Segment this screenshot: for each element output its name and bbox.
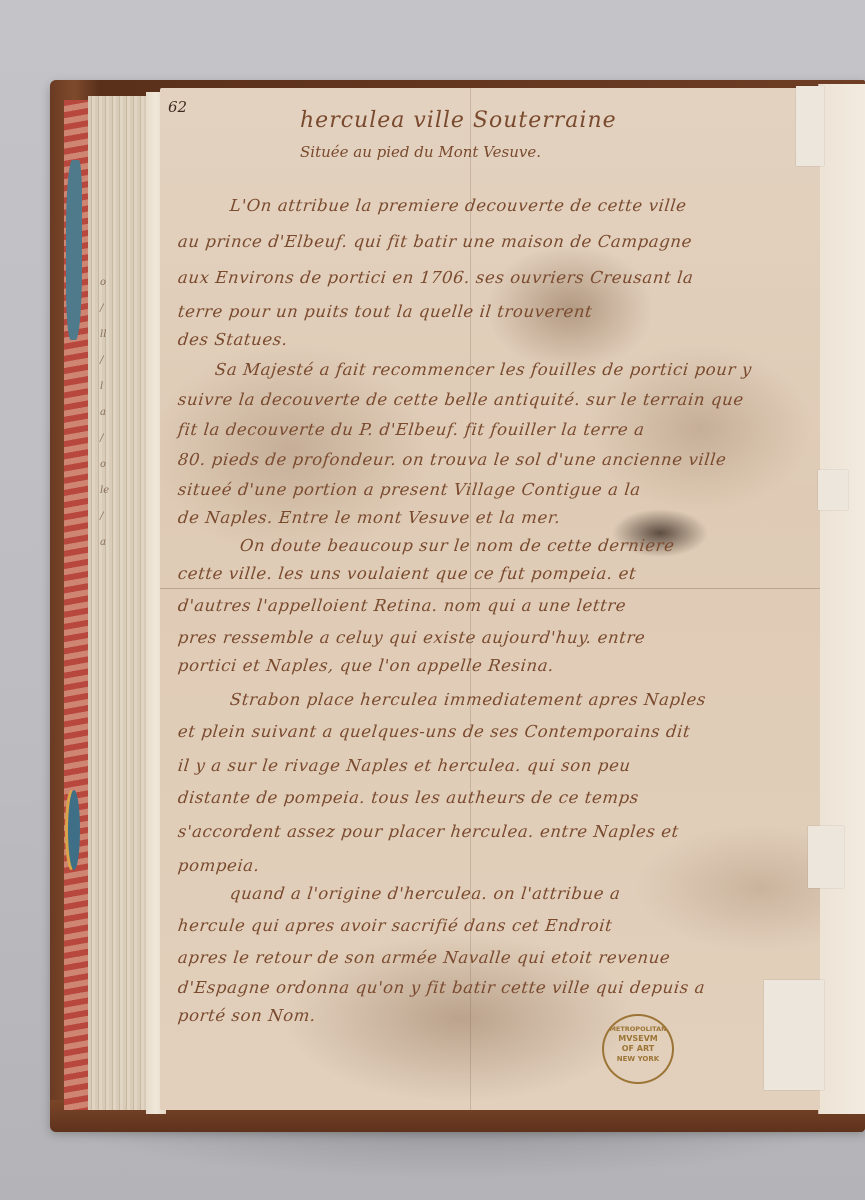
manuscript-line: fit la decouverte du P. d'Elbeuf. fit fo… bbox=[177, 420, 829, 439]
manuscript-line: et plein suivant a quelques-uns de ses C… bbox=[177, 722, 829, 741]
manuscript-subtitle: Située au pied du Mont Vesuve. bbox=[300, 143, 541, 161]
manuscript-line: d'autres l'appelloient Retina. nom qui a… bbox=[177, 596, 829, 615]
manuscript-line: il y a sur le rivage Naples et herculea.… bbox=[177, 756, 829, 775]
manuscript-line: au prince d'Elbeuf. qui fit batir une ma… bbox=[177, 232, 829, 251]
manuscript-line: Sa Majesté a fait recommencer les fouill… bbox=[214, 360, 865, 379]
manuscript-line: situeé d'une portion a present Village C… bbox=[177, 480, 829, 499]
manuscript-line: apres le retour de son armée Navalle qui… bbox=[177, 948, 829, 967]
manuscript-line: hercule qui apres avoir sacrifié dans ce… bbox=[177, 916, 829, 935]
manuscript-line: suivre la decouverte de cette belle anti… bbox=[177, 390, 829, 409]
manuscript-line: 80. pieds de profondeur. on trouva le so… bbox=[177, 450, 829, 469]
manuscript-line: portici et Naples, que l'on appelle Resi… bbox=[177, 656, 829, 675]
manuscript-line: d'Espagne ordonna qu'on y fit batir cett… bbox=[177, 978, 829, 997]
marbled-blue-swirl bbox=[66, 160, 82, 340]
manuscript-line: aux Environs de portici en 1706. ses ouv… bbox=[177, 268, 829, 287]
manuscript-line: distante de pompeia. tous les autheurs d… bbox=[177, 788, 829, 807]
marbled-endpaper bbox=[64, 100, 88, 1110]
page-number: 62 bbox=[168, 98, 187, 116]
manuscript-line: L'On attribue la premiere decouverte de … bbox=[229, 196, 865, 215]
fore-edge-marks: o / ll / l a / o le / a bbox=[100, 270, 120, 1070]
museum-stamp: METROPOLITAN MVSEVM OF ART NEW YORK bbox=[602, 1014, 674, 1084]
manuscript-line: pres ressemble a celuy qui existe aujour… bbox=[177, 628, 829, 647]
manuscript-line: On doute beaucoup sur le nom de cette de… bbox=[239, 536, 865, 555]
manuscript-line: pompeia. bbox=[177, 856, 829, 875]
manuscript-line: cette ville. les uns voulaient que ce fu… bbox=[177, 564, 829, 583]
manuscript-title: herculea ville Souterraine bbox=[300, 108, 617, 133]
manuscript-line: des Statues. bbox=[177, 330, 829, 349]
manuscript-line: de Naples. Entre le mont Vesuve et la me… bbox=[177, 508, 829, 527]
manuscript-line: terre pour un puits tout la quelle il tr… bbox=[177, 302, 829, 321]
manuscript-line: porté son Nom. bbox=[177, 1006, 829, 1025]
manuscript-line: s'accordent assez pour placer herculea. … bbox=[177, 822, 829, 841]
manuscript-line: Strabon place herculea immediatement apr… bbox=[229, 690, 865, 709]
marbled-blue-swirl bbox=[68, 790, 80, 870]
manuscript-line: quand a l'origine d'herculea. on l'attri… bbox=[229, 884, 865, 903]
paper-tab bbox=[796, 86, 824, 166]
fold-line-horizontal bbox=[160, 588, 820, 589]
